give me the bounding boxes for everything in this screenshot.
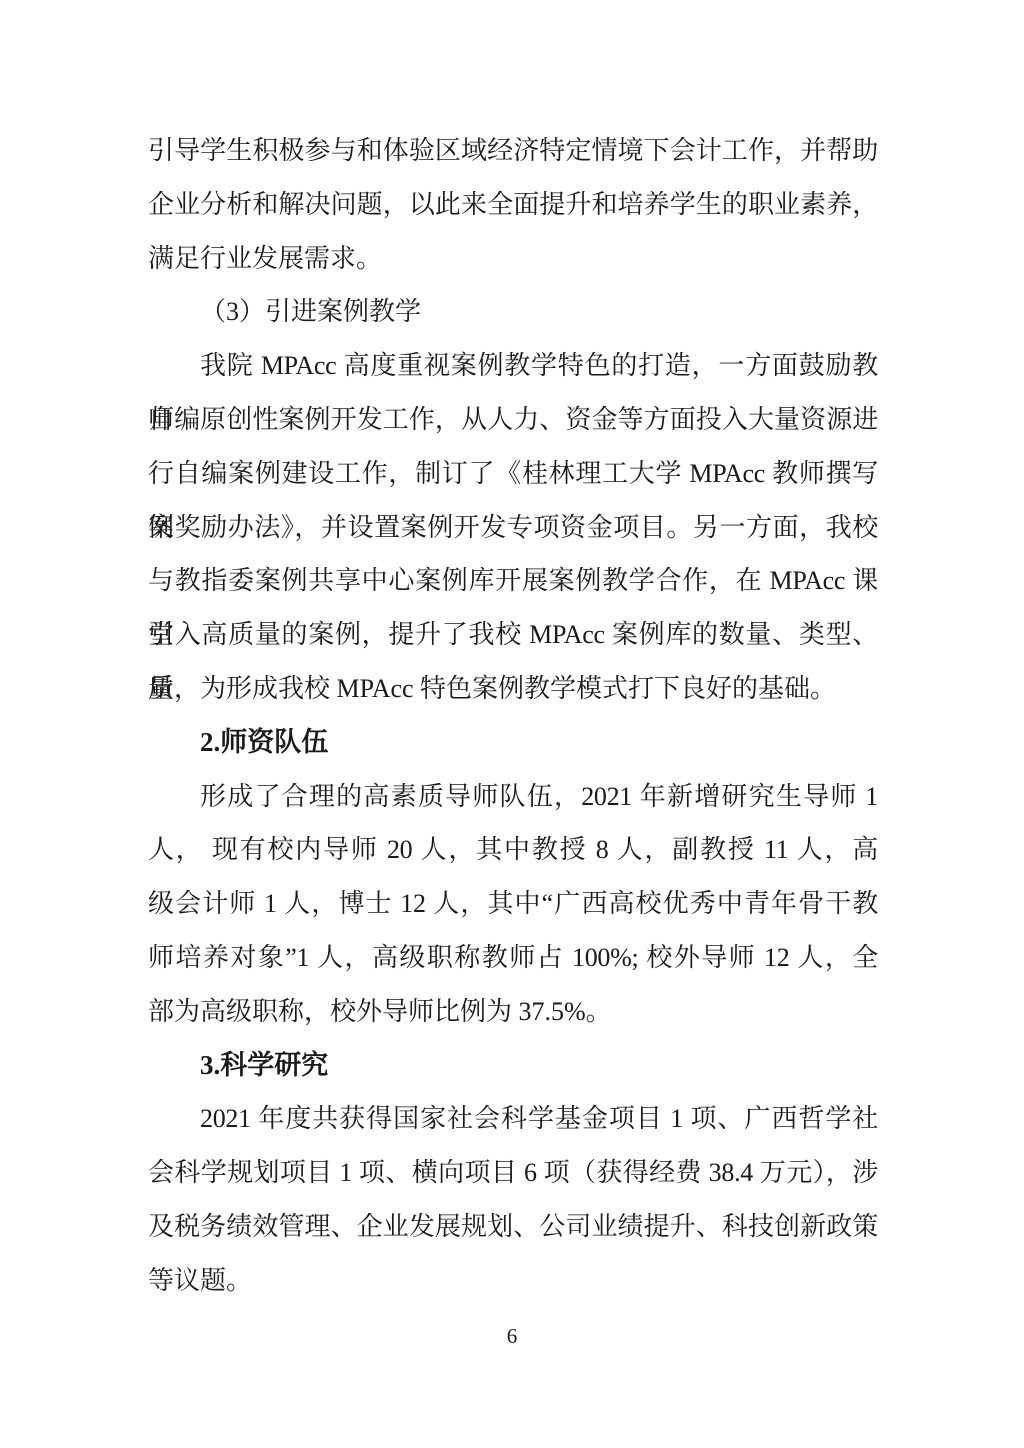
- text-line: （3）引进案例教学: [148, 285, 878, 339]
- text-line: 等议题。: [148, 1254, 878, 1308]
- text-line: 例奖励办法》，并设置案例开发专项资金项目。另一方面，我校: [148, 501, 878, 555]
- text-line: 会科学规划项目 1 项、横向项目 6 项（获得经费 38.4 万元），涉: [148, 1146, 878, 1200]
- text-block: 引导学生积极参与和体验区域经济特定情境下会计工作，并帮助企业分析和解决问题，以此…: [148, 124, 878, 1308]
- text-line: 自编原创性案例开发工作，从人力、资金等方面投入大量资源进: [148, 393, 878, 447]
- text-line: 行自编案例建设工作，制订了《桂林理工大学 MPAcc 教师撰写案: [148, 447, 878, 501]
- document-page: 引导学生积极参与和体验区域经济特定情境下会计工作，并帮助企业分析和解决问题，以此…: [0, 0, 1024, 1448]
- text-line: 引入高质量的案例，提升了我校 MPAcc 案例库的数量、类型、质: [148, 608, 878, 662]
- section-heading: 3.科学研究: [148, 1039, 878, 1093]
- text-line: 2021 年度共获得国家社会科学基金项目 1 项、广西哲学社: [148, 1092, 878, 1146]
- text-line: 量，为形成我校 MPAcc 特色案例教学模式打下良好的基础。: [148, 662, 878, 716]
- text-line: 引导学生积极参与和体验区域经济特定情境下会计工作，并帮助: [148, 124, 878, 178]
- text-line: 形成了合理的高素质导师队伍，2021 年新增研究生导师 1: [148, 770, 878, 824]
- text-line: 企业分析和解决问题，以此来全面提升和培养学生的职业素养，: [148, 178, 878, 232]
- text-line: 人， 现有校内导师 20 人，其中教授 8 人，副教授 11 人，高: [148, 823, 878, 877]
- page-footer: 6: [0, 1324, 1024, 1349]
- section-heading: 2.师资队伍: [148, 716, 878, 770]
- page-number: 6: [507, 1324, 518, 1348]
- text-line: 部为高级职称，校外导师比例为 37.5%。: [148, 985, 878, 1039]
- text-line: 及税务绩效管理、企业发展规划、公司业绩提升、科技创新政策: [148, 1200, 878, 1254]
- text-line: 我院 MPAcc 高度重视案例教学特色的打造，一方面鼓励教师: [148, 339, 878, 393]
- text-line: 与教指委案例共享中心案例库开展案例教学合作，在 MPAcc 课堂: [148, 554, 878, 608]
- text-line: 级会计师 1 人，博士 12 人，其中“广西高校优秀中青年骨干教: [148, 877, 878, 931]
- text-line: 师培养对象”1 人，高级职称教师占 100%; 校外导师 12 人，全: [148, 931, 878, 985]
- text-line: 满足行业发展需求。: [148, 232, 878, 286]
